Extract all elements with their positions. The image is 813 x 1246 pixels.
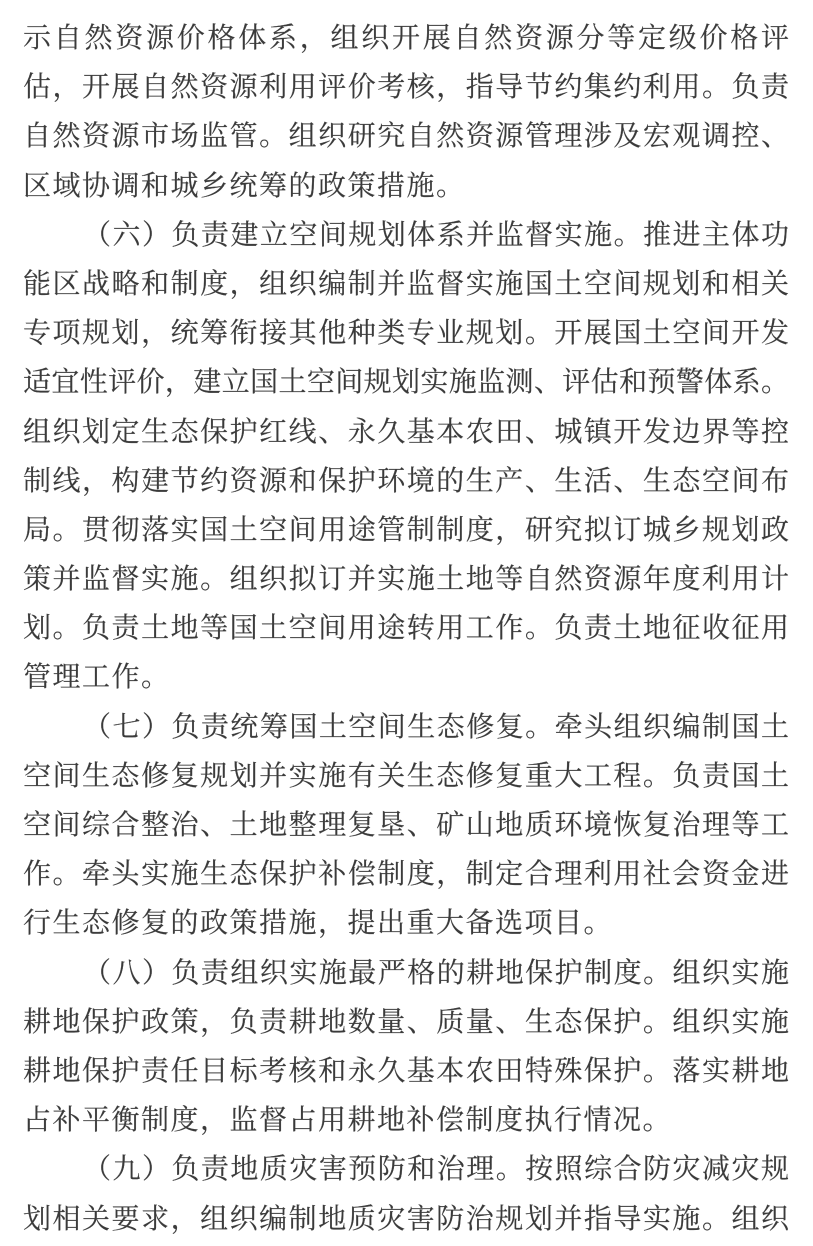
text-line: 估，开展自然资源利用评价考核，指导节约集约利用。负责 [23,63,789,112]
text-line: 耕地保护政策，负责耕地数量、质量、生态保护。组织实施 [23,998,789,1047]
text-line: 区域协调和城乡统筹的政策措施。 [23,162,789,211]
text-line-section-7-start: （七）负责统筹国土空间生态修复。牵头组织编制国土 [23,703,789,752]
text-line: 空间综合整治、土地整理复垦、矿山地质环境恢复治理等工 [23,801,789,850]
text-line: 专项规划，统筹衔接其他种类专业规划。开展国土空间开发 [23,309,789,358]
text-line-section-6-start: （六）负责建立空间规划体系并监督实施。推进主体功 [23,211,789,260]
document-page: 示自然资源价格体系，组织开展自然资源分等定级价格评 估，开展自然资源利用评价考核… [0,0,813,1246]
text-line: 局。贯彻落实国土空间用途管制制度，研究拟订城乡规划政 [23,506,789,555]
text-line: 空间生态修复规划并实施有关生态修复重大工程。负责国土 [23,752,789,801]
text-line-section-9-start: （九）负责地质灾害预防和治理。按照综合防灾减灾规 [23,1145,789,1194]
text-line: 组织划定生态保护红线、永久基本农田、城镇开发边界等控 [23,408,789,457]
text-line: 占补平衡制度，监督占用耕地补偿制度执行情况。 [23,1096,789,1145]
text-line: 管理工作。 [23,653,789,702]
text-line-section-8-start: （八）负责组织实施最严格的耕地保护制度。组织实施 [23,949,789,998]
text-line: 耕地保护责任目标考核和永久基本农田特殊保护。落实耕地 [23,1047,789,1096]
text-line: 示自然资源价格体系，组织开展自然资源分等定级价格评 [23,14,789,63]
text-line: 能区战略和制度，组织编制并监督实施国土空间规划和相关 [23,260,789,309]
text-line: 作。牵头实施生态保护补偿制度，制定合理利用社会资金进 [23,850,789,899]
text-line: 制线，构建节约资源和保护环境的生产、生活、生态空间布 [23,457,789,506]
text-line: 自然资源市场监管。组织研究自然资源管理涉及宏观调控、 [23,112,789,161]
text-line: 划。负责土地等国土空间用途转用工作。负责土地征收征用 [23,604,789,653]
text-line: 划相关要求，组织编制地质灾害防治规划并指导实施。组织 [23,1195,789,1244]
text-line: 行生态修复的政策措施，提出重大备选项目。 [23,899,789,948]
text-line: 策并监督实施。组织拟订并实施土地等自然资源年度利用计 [23,555,789,604]
text-line: 适宜性评价，建立国土空间规划实施监测、评估和预警体系。 [23,358,789,407]
